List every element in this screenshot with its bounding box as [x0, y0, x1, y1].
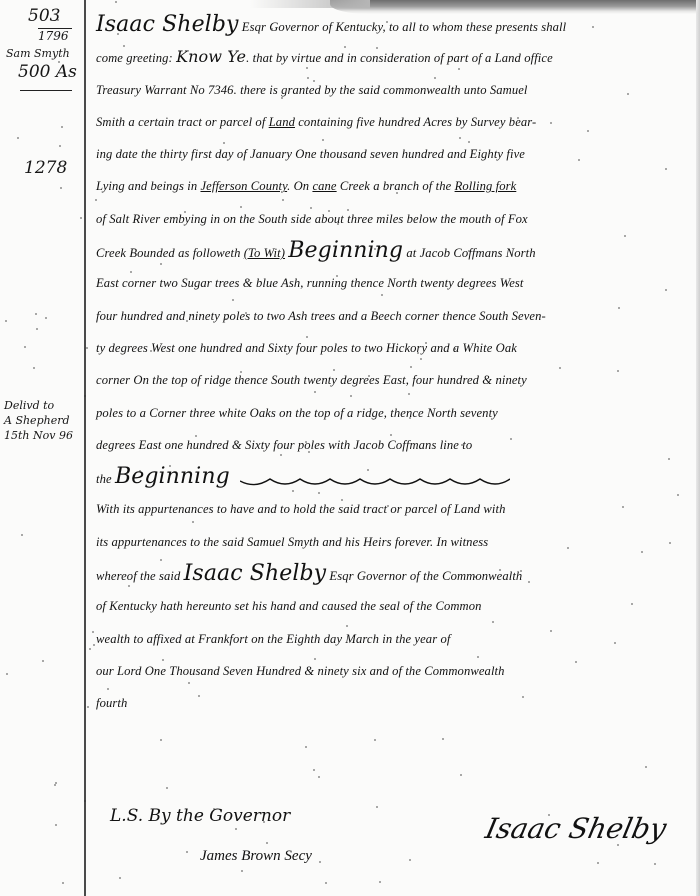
speck [336, 275, 338, 277]
speck [587, 130, 589, 132]
speck [130, 271, 132, 273]
speck [292, 490, 294, 492]
text-line: degrees East one hundred & Sixty four po… [96, 430, 692, 462]
speck [245, 312, 247, 314]
speck [350, 395, 352, 397]
text-line: of Salt River embying in on the South si… [96, 204, 692, 236]
page-right-edge [696, 0, 700, 896]
speck [61, 126, 63, 128]
speck [550, 630, 552, 632]
speck [410, 366, 412, 368]
speck [186, 851, 188, 853]
speck [458, 68, 460, 70]
speck [160, 559, 162, 561]
speck [35, 313, 37, 315]
text-line: Smith a certain tract or parcel of Land … [96, 107, 692, 139]
photocopy-top-shadow-fade [250, 0, 370, 8]
speck [169, 465, 171, 467]
text-span: wealth to affixed at Frankfort on the Ei… [96, 632, 450, 646]
speck [390, 434, 392, 436]
text-line: East corner two Sugar trees & blue Ash, … [96, 268, 692, 300]
text-span: of Kentucky hath hereunto set his hand a… [96, 599, 482, 613]
speck [645, 766, 647, 768]
speck [597, 862, 599, 864]
delivery-note: Delivd to A Shepherd 15th Nov 96 [4, 398, 73, 443]
speck [333, 369, 335, 371]
text-span: Esqr Governor of Kentucky, to all to who… [239, 20, 567, 34]
speck [241, 870, 243, 872]
speck [232, 299, 234, 301]
speck [617, 844, 619, 846]
speck [617, 370, 619, 372]
speck [184, 211, 186, 213]
speck [307, 77, 309, 79]
speck [280, 454, 282, 456]
speck [459, 137, 461, 139]
speck [24, 346, 26, 348]
text-span: its appurtenances to the said Samuel Smy… [96, 535, 488, 549]
speck [417, 352, 419, 354]
text-span: degrees East one hundred & Sixty four po… [96, 438, 472, 452]
text-span: of Salt River embying in on the South si… [96, 212, 528, 226]
text-span: fourth [96, 696, 127, 710]
speck [313, 769, 315, 771]
text-line: Lying and beings in Jefferson County. On… [96, 171, 692, 203]
text-span: (To Wit) [244, 246, 285, 260]
speck [266, 842, 268, 844]
text-span: . On [287, 179, 312, 193]
text-span: Land [269, 115, 295, 129]
text-span: containing five hundred Acres by Survey … [295, 115, 536, 129]
speck [499, 569, 501, 571]
text-span: come greeting: [96, 51, 176, 65]
text-span: corner On the top of ridge thence South … [96, 373, 527, 387]
speck [87, 706, 89, 708]
text-line: of Kentucky hath hereunto set his hand a… [96, 591, 692, 623]
speck [550, 122, 552, 124]
text-line: whereof the said Isaac Shelby Esqr Gover… [96, 559, 692, 591]
seal-line: L.S. By the Governor [110, 806, 290, 826]
speck [420, 358, 422, 360]
speck [160, 739, 162, 741]
speck [442, 738, 444, 740]
speck [60, 187, 62, 189]
text-span: our Lord One Thousand Seven Hundred & ni… [96, 664, 505, 678]
speck [425, 342, 427, 344]
flourish-line-icon [240, 473, 510, 487]
speck [42, 660, 44, 662]
speck [305, 746, 307, 748]
grant-year: 1796 [38, 28, 72, 42]
text-span: East corner two Sugar trees & blue Ash, … [96, 276, 524, 290]
speck [525, 823, 527, 825]
speck [33, 367, 35, 369]
delivery-note-line: 15th Nov 96 [4, 428, 73, 443]
speck [6, 673, 8, 675]
emphasized-name: Beginning [288, 238, 403, 263]
speck [57, 19, 59, 21]
text-line: wealth to affixed at Frankfort on the Ei… [96, 624, 692, 656]
speck [92, 631, 94, 633]
text-span: ing date the thirty first day of January… [96, 147, 525, 161]
speck [381, 294, 383, 296]
speck [281, 97, 283, 99]
speck [86, 347, 88, 349]
speck [319, 861, 321, 863]
speck [559, 367, 561, 369]
speck [45, 317, 47, 319]
speck [263, 821, 265, 823]
text-line: fourth [96, 688, 692, 720]
grant-number: 503 [28, 8, 60, 25]
speck [460, 774, 462, 776]
speck [510, 438, 512, 440]
text-span: at Jacob Coffmans North [403, 246, 536, 260]
text-line: our Lord One Thousand Seven Hundred & ni… [96, 656, 692, 688]
text-line: Isaac Shelby Esqr Governor of Kentucky, … [96, 10, 692, 42]
text-span: . that by virtue and in consideration of… [246, 51, 553, 65]
text-span: Jefferson County [200, 179, 287, 193]
speck [36, 328, 38, 330]
text-line: four hundred and ninety poles to two Ash… [96, 301, 692, 333]
speck [55, 824, 57, 826]
speck [461, 444, 463, 446]
speck [89, 648, 91, 650]
speck [235, 828, 237, 830]
text-line: ing date the thirty first day of January… [96, 139, 692, 171]
text-line: come greeting: Know Ye. that by virtue a… [96, 42, 692, 74]
text-line: Treasury Warrant No 7346. there is grant… [96, 75, 692, 107]
text-span: Smith a certain tract or parcel of [96, 115, 269, 129]
speck [379, 881, 381, 883]
speck [58, 61, 60, 63]
speck [5, 320, 7, 322]
text-span: Treasury Warrant No 7346. there is grant… [96, 83, 528, 97]
speck [62, 882, 64, 884]
speck [59, 145, 61, 147]
governor-signature: Isaac Shelby [482, 812, 669, 845]
speck [195, 435, 197, 437]
speck [408, 393, 410, 395]
delivery-note-line: A Shepherd [4, 413, 73, 428]
speck [578, 159, 580, 161]
text-line: corner On the top of ridge thence South … [96, 365, 692, 397]
margin-rule [84, 0, 86, 896]
text-span: poles to a Corner three white Oaks on th… [96, 406, 498, 420]
speck [328, 210, 330, 212]
text-span: the [96, 472, 115, 486]
speck [115, 1, 117, 3]
margin-divider [20, 90, 72, 91]
text-line: poles to a Corner three white Oaks on th… [96, 398, 692, 430]
grantee-margin-name: Sam Smyth [6, 48, 70, 59]
speck [240, 371, 242, 373]
speck [95, 199, 97, 201]
emphasized-name: Isaac Shelby [184, 561, 327, 586]
speck [80, 217, 82, 219]
speck [325, 882, 327, 884]
speck [162, 659, 164, 661]
secretary-signature: James Brown Secy [200, 848, 312, 865]
speck [641, 551, 643, 553]
speck [376, 47, 378, 49]
speck [166, 787, 168, 789]
text-line: ty degrees West one hundred and Sixty fo… [96, 333, 692, 365]
speck [474, 576, 476, 578]
speck [314, 658, 316, 660]
speck [173, 217, 175, 219]
speck [668, 458, 670, 460]
speck [93, 644, 95, 646]
speck [468, 250, 470, 252]
acreage: 500 As [18, 64, 77, 81]
speck [213, 808, 215, 810]
text-span: Creek Bounded as followeth [96, 246, 244, 260]
speck [119, 877, 121, 879]
text-span: whereof the said [96, 569, 184, 583]
speck [376, 806, 378, 808]
speck [123, 45, 125, 47]
speck [54, 784, 56, 786]
speck [282, 199, 284, 201]
speck [374, 739, 376, 741]
text-span: cane [312, 179, 336, 193]
text-line: the Beginning [96, 462, 692, 494]
grant-body: Isaac Shelby Esqr Governor of Kentucky, … [96, 10, 692, 721]
emphasized-name: Beginning [115, 464, 230, 489]
speck [618, 307, 620, 309]
text-span: Know Ye [176, 47, 246, 66]
text-span: four hundred and ninety poles to two Ash… [96, 309, 546, 323]
speck [17, 137, 19, 139]
speck [567, 547, 569, 549]
speck [314, 391, 316, 393]
text-span: Rolling fork [455, 179, 517, 193]
speck [677, 494, 679, 496]
text-line: Creek Bounded as followeth (To Wit) Begi… [96, 236, 692, 268]
speck [409, 859, 411, 861]
speck [107, 688, 109, 690]
text-span: Lying and beings in [96, 179, 200, 193]
speck [21, 534, 23, 536]
speck [468, 141, 470, 143]
speck [306, 336, 308, 338]
speck [318, 776, 320, 778]
speck [84, 800, 86, 802]
book-number: 1278 [24, 160, 67, 177]
speck [368, 375, 370, 377]
text-line: its appurtenances to the said Samuel Smy… [96, 527, 692, 559]
text-line: With its appurtenances to have and to ho… [96, 494, 692, 526]
speck [654, 863, 656, 865]
text-span: With its appurtenances to have and to ho… [96, 502, 505, 516]
delivery-note-line: Delivd to [4, 398, 73, 413]
text-span: Esqr Governor of the Commonwealth [326, 569, 522, 583]
